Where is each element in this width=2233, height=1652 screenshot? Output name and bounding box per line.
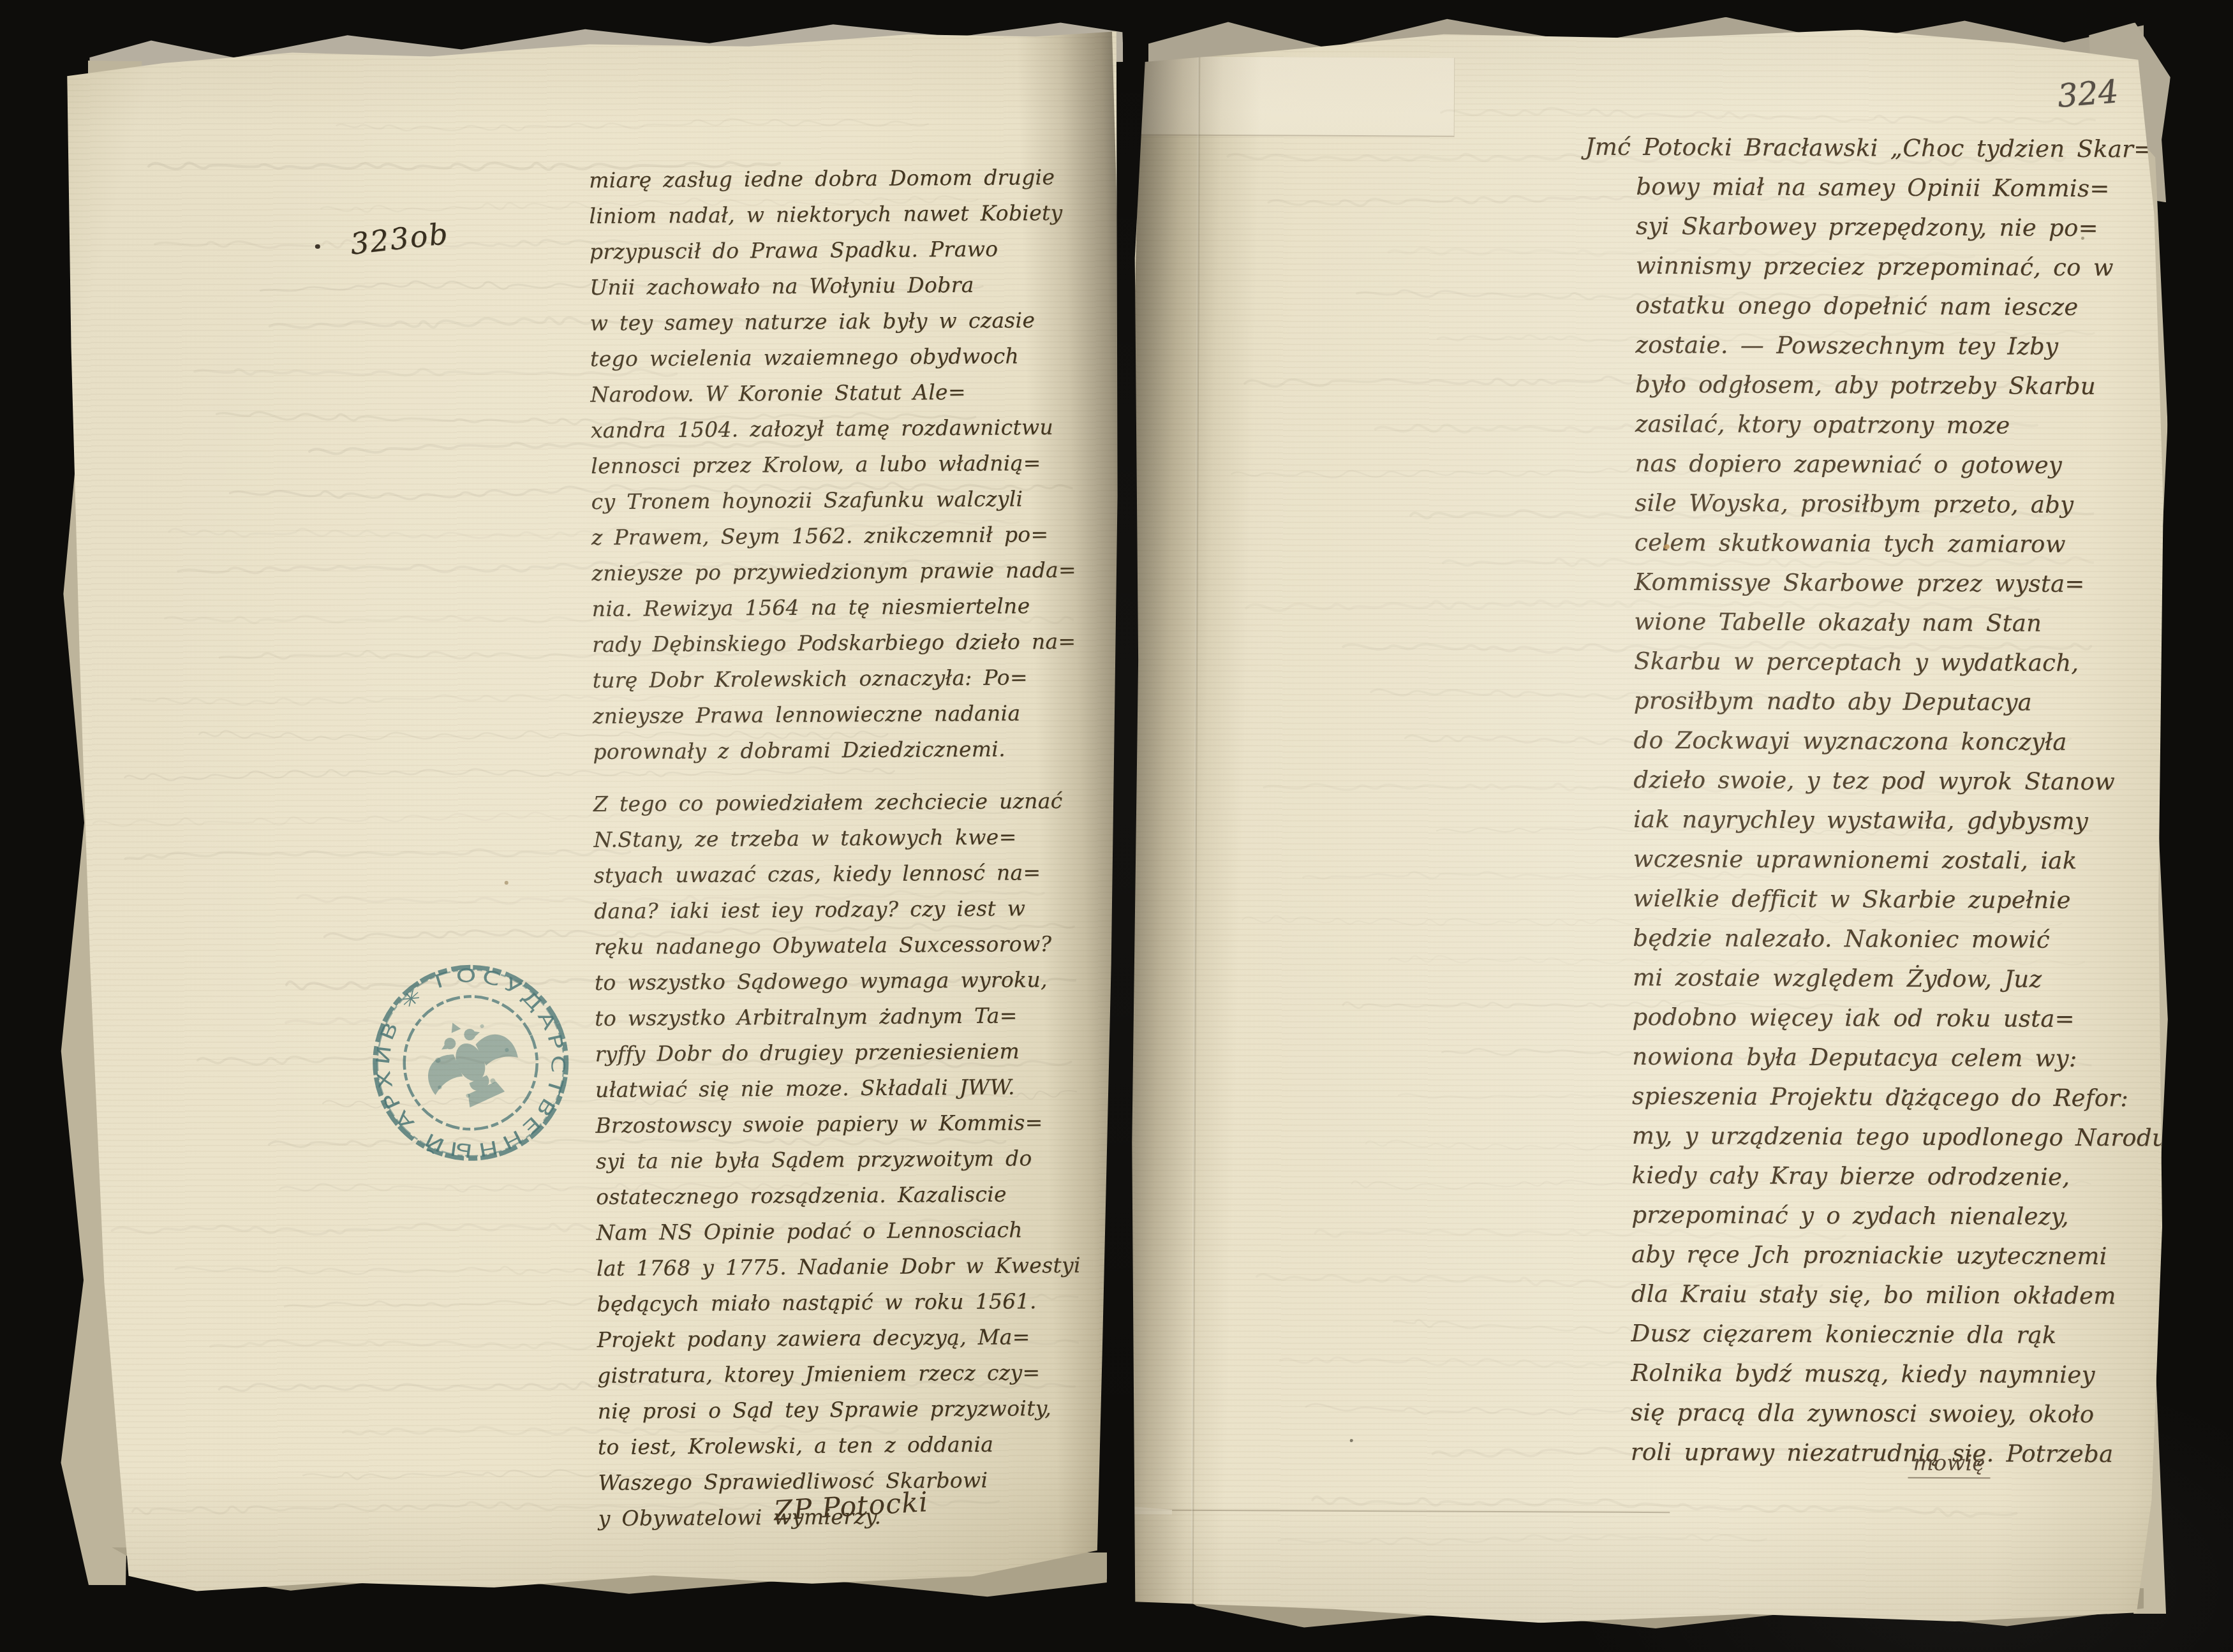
manuscript-line: Z tego co powiedziałem zechciecie uznać (593, 783, 1110, 822)
manuscript-line: iak nayrychley wystawiła, gdybysmy (1633, 800, 2144, 841)
manuscript-line: lennosci przez Krolow, a lubo władnią= (591, 445, 1108, 484)
foxing-spot (505, 881, 508, 885)
manuscript-line: roli uprawy niezatrudnią się. Potrzeba (1631, 1433, 2141, 1474)
manuscript-line: miarę zasług iedne dobra Domom drugie (589, 159, 1106, 198)
margin-note: 323ob (348, 216, 450, 262)
left-paragraph-2: Z tego co powiedziałem zechciecie uznaćN… (593, 783, 1115, 1537)
lifted-corner-highlight (1127, 1500, 1172, 1514)
manuscript-line: ostatecznego rozsądzenia. Kazaliscie (596, 1176, 1113, 1215)
manuscript-line: było odgłosem, aby potrzeby Skarbu (1635, 365, 2146, 406)
manuscript-line: w tey samey naturze iak były w czasie (590, 302, 1106, 341)
manuscript-line: będących miało nastąpić w roku 1561. (597, 1283, 1113, 1322)
manuscript-line: sile Woyska, prosiłbym przeto, aby (1635, 483, 2145, 525)
left-paragraph-1: miarę zasług iedne dobra Domom drugielin… (589, 159, 1110, 770)
manuscript-line: ułatwiać się nie moze. Składali JWW. (595, 1068, 1112, 1108)
manuscript-line: Jmć Potocki Bracławski „Choc tydzien Ska… (1585, 128, 2146, 170)
manuscript-line: to iest, Krolewski, a ten z oddania (598, 1426, 1115, 1465)
manuscript-line: nowiona była Deputacya celem wy: (1632, 1037, 2142, 1079)
manuscript-line: nię prosi o Sąd tey Sprawie przyzwoity, (597, 1390, 1114, 1429)
manuscript-line: nas dopiero zapewniać o gotowey (1635, 444, 2145, 485)
manuscript-line: cy Tronem hoynozii Szafunku walczyli (591, 480, 1108, 520)
manuscript-line: nia. Rewizya 1564 na tę niesmiertelne (592, 587, 1109, 627)
manuscript-line: aby ręce Jch prozniackie uzytecznemi (1631, 1235, 2142, 1276)
manuscript-line: spieszenia Projektu dążącego do Refor: (1632, 1077, 2142, 1118)
manuscript-line: Projekt podany zawiera decyzyą, Ma= (597, 1318, 1114, 1358)
manuscript-line: Dusz cięzarem koniecznie dla rąk (1631, 1314, 2141, 1355)
manuscript-line: podobno więcey iak od roku usta= (1633, 998, 2143, 1039)
manuscript-line: tego wcielenia wzaiemnego obydwoch (590, 337, 1107, 377)
ink-speck (1350, 1439, 1353, 1442)
manuscript-line: to wszystko Arbitralnym żadnym Ta= (595, 997, 1111, 1036)
manuscript-line: porownały z dobrami Dziedzicznemi. (593, 730, 1109, 770)
manuscript-line: to wszystko Sądowego wymaga wyroku, (595, 961, 1111, 1001)
gutter-fold-crease (1191, 17, 1201, 1625)
manuscript-line: wione Tabelle okazały nam Stan (1634, 602, 2144, 644)
manuscript-line: zasilać, ktory opatrzony moze (1635, 404, 2146, 446)
archive-stamp: ГОСУДАРСТВЕННЫЙ АРХИВ ✳ (331, 924, 610, 1202)
manuscript-line: dzieło swoie, y tez pod wyrok Stanow (1633, 760, 2144, 802)
manuscript-line: winnismy przeciez przepominać, co w (1636, 246, 2146, 288)
manuscript-line: dla Kraiu stały się, bo milion okładem (1631, 1274, 2142, 1316)
gutter-shadow (1101, 3, 1264, 1639)
manuscript-line: gistratura, ktorey Jmieniem rzecz czy= (597, 1354, 1114, 1394)
manuscript-line: dana? iaki iest iey rodzay? czy iest w (594, 890, 1111, 929)
manuscript-line: z Prawem, Seym 1562. znikczemnił po= (591, 516, 1108, 556)
manuscript-line: styach uwazać czas, kiedy lennosć na= (594, 854, 1111, 894)
manuscript-line: Narodow. W Koronie Statut Ale= (590, 373, 1107, 413)
manuscript-line: syi ta nie była Sądem przyzwoitym do (596, 1140, 1113, 1179)
manuscript-line: przepominać y o zydach nienalezy, (1631, 1195, 2142, 1237)
right-page: 324 Jmć Potocki Bracławski „Choc tydzien… (1126, 17, 2170, 1628)
page-number: 324 (2056, 73, 2120, 115)
left-text-column: miarę zasług iedne dobra Domom drugielin… (589, 159, 1115, 1537)
manuscript-line: przypuscił do Prawa Spadku. Prawo (590, 230, 1106, 270)
manuscript-line: turę Dobr Krolewskich oznaczyła: Po= (592, 659, 1109, 698)
manuscript-line: rady Dębinskiego Podskarbiego dzieło na= (592, 623, 1109, 663)
manuscript-line: ostatku onego dopełnić nam iescze (1635, 286, 2146, 327)
manuscript-line: kiedy cały Kray bierze odrodzenie, (1631, 1156, 2142, 1197)
manuscript-line: wczesnie uprawnionemi zostali, iak (1633, 839, 2144, 881)
manuscript-line: xandra 1504. załozył tamę rozdawnictwu (591, 409, 1108, 448)
manuscript-line: ręku nadanego Obywatela Suxcessorow? (594, 926, 1111, 965)
manuscript-line: liniom nadał, w niektorych nawet Kobiety (589, 195, 1106, 234)
manuscript-line: Skarbu w perceptach y wydatkach, (1634, 642, 2144, 683)
manuscript-line: prosiłbym nadto aby Deputacya (1634, 681, 2144, 723)
manuscript-line: bowy miał na samey Opinii Kommis= (1636, 167, 2146, 209)
manuscript-line: ryffy Dobr do drugiey przeniesieniem (595, 1033, 1111, 1072)
manuscript-line: Nam NS Opinie podać o Lennosciach (596, 1211, 1113, 1251)
manuscript-line: Rolnika bydź muszą, kiedy naymniey (1631, 1353, 2141, 1395)
manuscript-line: znieysze po przywiedzionym prawie nada= (591, 552, 1108, 591)
manuscript-line: my, y urządzenia tego upodlonego Narodu. (1632, 1116, 2142, 1158)
right-text-column: Jmć Potocki Bracławski „Choc tydzien Ska… (1631, 128, 2147, 1474)
manuscript-line: się pracą dla zywnosci swoiey, około (1631, 1393, 2141, 1434)
binding-guard-tab-top (1135, 56, 1455, 136)
left-page: 323ob ГОСУДАРСТВЕННЫЙ АРХИВ ✳ (58, 28, 1131, 1595)
catchword: mowię (1908, 1450, 1991, 1479)
manuscript-line: będzie nalezało. Nakoniec mowić (1633, 918, 2143, 960)
manuscript-line: celem skutkowania tych zamiarow (1635, 523, 2145, 564)
double-headed-eagle-icon (410, 1003, 530, 1118)
manuscript-line: do Zockwayi wyznaczona konczyła (1633, 721, 2144, 762)
manuscript-line: mi zostaie względem Żydow, Juz (1633, 958, 2143, 999)
manuscript-line: Brzostowscy swoie papiery w Kommis= (595, 1104, 1112, 1144)
manuscript-line: N.Stany, ze trzeba w takowych kwe= (593, 818, 1110, 858)
manuscript-line: Unii zachowało na Wołyniu Dobra (590, 266, 1106, 306)
guard-sheet-edge-line (1126, 1509, 1670, 1513)
manuscript-line: zostaie. — Powszechnym tey Izby (1635, 325, 2146, 367)
manuscript-line: Kommissye Skarbowe przez wysta= (1635, 563, 2145, 604)
manuscript-line: syi Skarbowey przepędzony, nie po= (1636, 207, 2146, 248)
manuscript-line: wielkie defficit w Skarbie zupełnie (1633, 879, 2143, 920)
ink-speck (315, 244, 320, 249)
manuscript-line: lat 1768 y 1775. Nadanie Dobr w Kwestyi (597, 1247, 1113, 1287)
manuscript-line: znieysze Prawa lennowieczne nadania (593, 695, 1109, 734)
